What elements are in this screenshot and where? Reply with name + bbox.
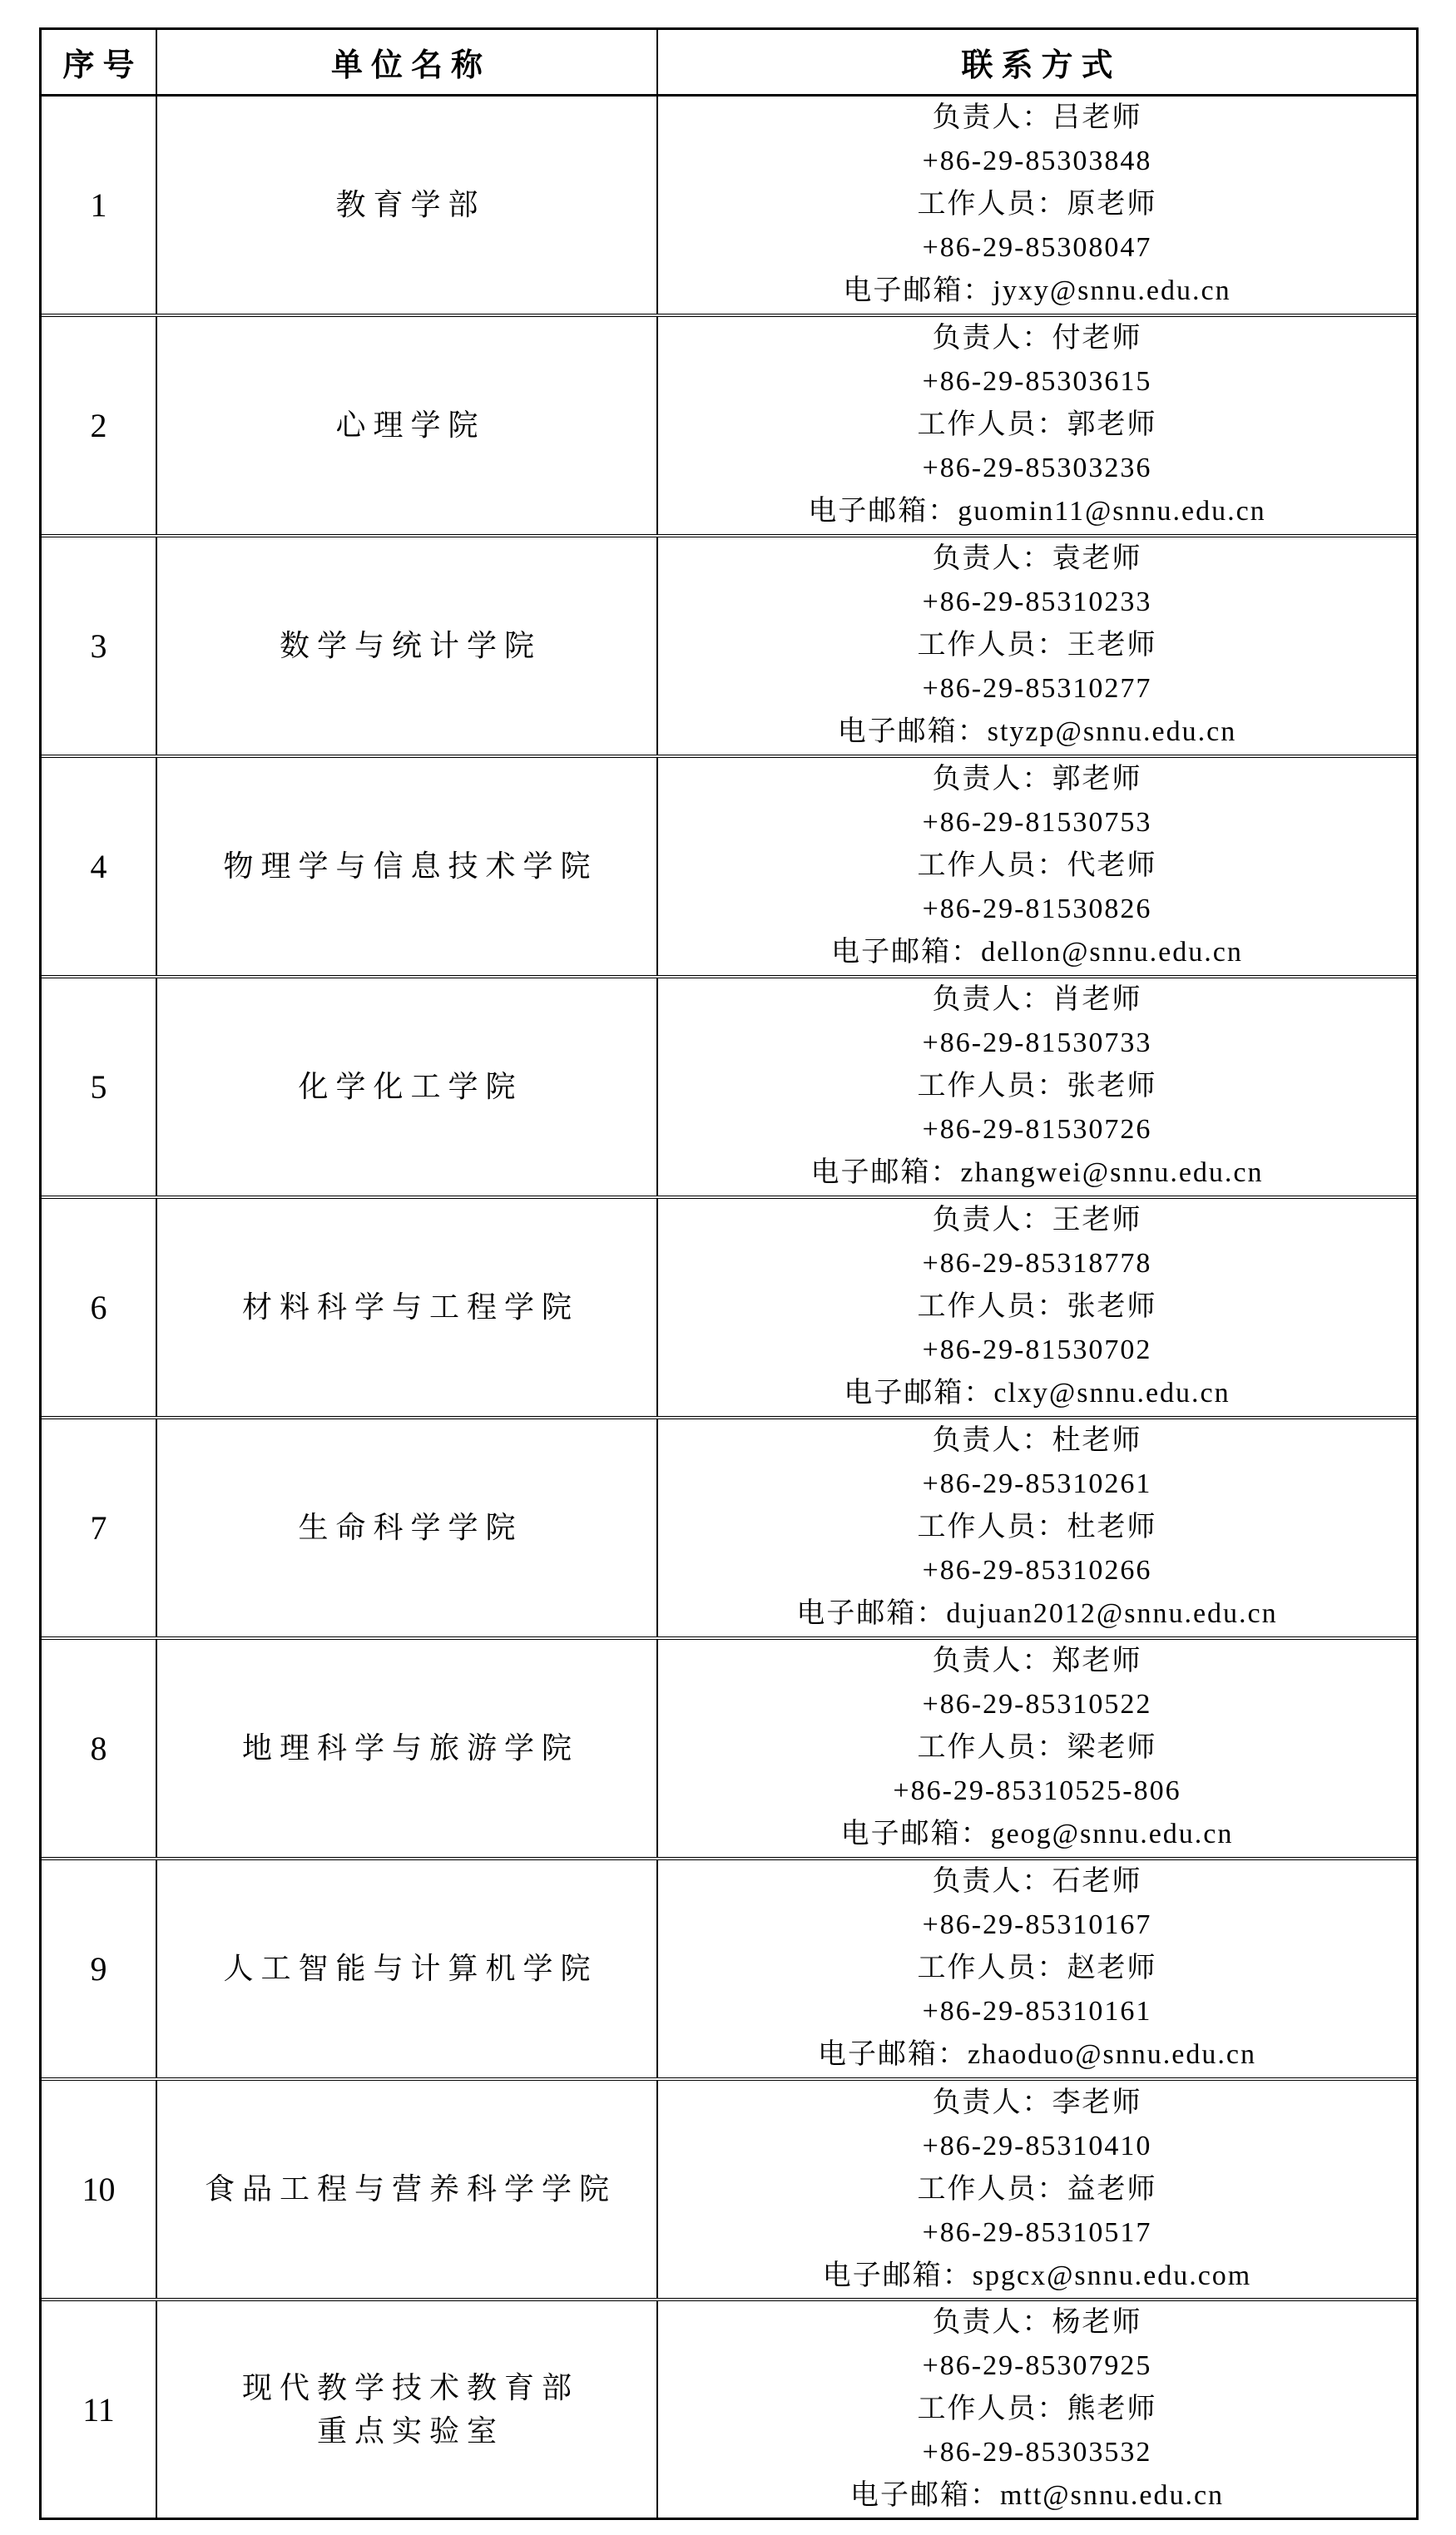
- contact-cell: 负责人：杨老师 +86-29-85307925 工作人员：熊老师 +86-29-…: [658, 2301, 1416, 2518]
- unit-name-cell: 生命科学学院: [157, 1419, 658, 1636]
- header-index-cell: 序号: [42, 30, 157, 94]
- contact-staff-line: 工作人员：益老师: [918, 2168, 1157, 2211]
- table-row: 7 生命科学学院 负责人：杜老师 +86-29-85310261 工作人员：杜老…: [42, 1419, 1416, 1640]
- contact-staff-phone: +86-29-85308047: [923, 226, 1152, 270]
- contact-leader-line: 负责人：肖老师: [933, 978, 1142, 1022]
- row-index-cell: 10: [42, 2081, 157, 2298]
- contact-staff-line: 工作人员：代老师: [918, 844, 1157, 888]
- unit-name: 心理学院: [328, 404, 485, 447]
- row-index-cell: 8: [42, 1640, 157, 1857]
- contact-email-line: 电子邮箱：mtt@snnu.edu.cn: [850, 2474, 1224, 2518]
- contact-staff-phone: +86-29-81530726: [923, 1108, 1152, 1151]
- contact-staff-line: 工作人员：张老师: [918, 1065, 1157, 1108]
- contact-staff-phone: +86-29-85310161: [923, 1990, 1152, 2033]
- table-row: 10 食品工程与营养科学学院 负责人：李老师 +86-29-85310410 工…: [42, 2081, 1416, 2301]
- contact-email-line: 电子邮箱：clxy@snnu.edu.cn: [844, 1372, 1230, 1415]
- row-index: 2: [91, 406, 107, 445]
- row-index-cell: 4: [42, 758, 157, 975]
- row-index: 7: [91, 1508, 107, 1547]
- header-unit-label: 单位名称: [323, 39, 491, 85]
- contact-leader-phone: +86-29-81530753: [923, 801, 1152, 844]
- table-row: 3 数学与统计学院 负责人：袁老师 +86-29-85310233 工作人员：王…: [42, 537, 1416, 758]
- contact-email-line: 电子邮箱：jyxy@snnu.edu.cn: [843, 270, 1231, 313]
- unit-name-cell: 食品工程与营养科学学院: [157, 2081, 658, 2298]
- table-row: 11 现代教学技术教育部 重点实验室 负责人：杨老师 +86-29-853079…: [42, 2301, 1416, 2518]
- table-row: 1 教育学部 负责人：吕老师 +86-29-85303848 工作人员：原老师 …: [42, 97, 1416, 317]
- contact-staff-line: 工作人员：杜老师: [918, 1506, 1157, 1549]
- contact-leader-phone: +86-29-85318778: [923, 1242, 1152, 1285]
- contact-staff-phone: +86-29-85310277: [923, 667, 1152, 710]
- contact-email-line: 电子邮箱：dujuan2012@snnu.edu.cn: [796, 1592, 1277, 1636]
- row-index-cell: 5: [42, 978, 157, 1196]
- unit-name-cell: 现代教学技术教育部 重点实验室: [157, 2301, 658, 2518]
- contact-leader-phone: +86-29-85303848: [923, 140, 1152, 183]
- unit-name: 材料科学与工程学院: [235, 1285, 579, 1329]
- unit-name-cell: 教育学部: [157, 97, 658, 314]
- row-index: 1: [91, 186, 107, 225]
- contact-staff-phone: +86-29-85310525-806: [893, 1770, 1181, 1813]
- contact-leader-phone: +86-29-85310410: [923, 2125, 1152, 2168]
- contact-staff-line: 工作人员：郭老师: [918, 404, 1157, 447]
- header-index-label: 序号: [54, 39, 142, 85]
- table-row: 2 心理学院 负责人：付老师 +86-29-85303615 工作人员：郭老师 …: [42, 317, 1416, 537]
- unit-name-cell: 地理科学与旅游学院: [157, 1640, 658, 1857]
- table-row: 9 人工智能与计算机学院 负责人：石老师 +86-29-85310167 工作人…: [42, 1860, 1416, 2081]
- contact-staff-phone: +86-29-81530702: [923, 1329, 1152, 1372]
- unit-name: 人工智能与计算机学院: [215, 1947, 597, 1990]
- table-header-row: 序号 单位名称 联系方式: [42, 30, 1416, 97]
- contact-leader-line: 负责人：杜老师: [933, 1419, 1142, 1463]
- contact-staff-phone: +86-29-85303236: [923, 447, 1152, 490]
- contact-email-line: 电子邮箱：guomin11@snnu.edu.cn: [808, 490, 1265, 533]
- row-index: 11: [82, 2390, 115, 2429]
- unit-name-cell: 化学化工学院: [157, 978, 658, 1196]
- contact-leader-line: 负责人：郭老师: [933, 758, 1142, 801]
- contact-staff-line: 工作人员：张老师: [918, 1285, 1157, 1329]
- unit-name: 生命科学学院: [290, 1506, 522, 1549]
- contact-leader-line: 负责人：石老师: [933, 1860, 1142, 1904]
- row-index-cell: 9: [42, 1860, 157, 2077]
- contact-staff-line: 工作人员：赵老师: [918, 1947, 1157, 1990]
- unit-name-line2: 重点实验室: [310, 2409, 504, 2453]
- contact-cell: 负责人：付老师 +86-29-85303615 工作人员：郭老师 +86-29-…: [658, 317, 1416, 534]
- unit-name: 物理学与信息技术学院: [215, 844, 597, 888]
- contact-staff-line: 工作人员：熊老师: [918, 2388, 1157, 2431]
- row-index-cell: 2: [42, 317, 157, 534]
- contact-leader-phone: +86-29-85310167: [923, 1904, 1152, 1947]
- contact-leader-phone: +86-29-85310261: [923, 1463, 1152, 1506]
- contact-leader-line: 负责人：杨老师: [933, 2301, 1142, 2344]
- unit-name: 数学与统计学院: [272, 624, 542, 667]
- row-index: 3: [91, 626, 107, 666]
- table-row: 8 地理科学与旅游学院 负责人：郑老师 +86-29-85310522 工作人员…: [42, 1640, 1416, 1860]
- contact-cell: 负责人：李老师 +86-29-85310410 工作人员：益老师 +86-29-…: [658, 2081, 1416, 2298]
- contact-email-line: 电子邮箱：geog@snnu.edu.cn: [841, 1813, 1234, 1856]
- row-index: 10: [82, 2170, 116, 2209]
- contact-leader-line: 负责人：袁老师: [933, 537, 1142, 581]
- contact-cell: 负责人：袁老师 +86-29-85310233 工作人员：王老师 +86-29-…: [658, 537, 1416, 755]
- row-index-cell: 6: [42, 1199, 157, 1416]
- contact-leader-line: 负责人：付老师: [933, 317, 1142, 360]
- row-index: 8: [91, 1729, 107, 1768]
- table-row: 4 物理学与信息技术学院 负责人：郭老师 +86-29-81530753 工作人…: [42, 758, 1416, 978]
- header-contact-label: 联系方式: [953, 39, 1121, 85]
- unit-name: 地理科学与旅游学院: [235, 1726, 579, 1770]
- contact-email-line: 电子邮箱：dellon@snnu.edu.cn: [831, 931, 1243, 974]
- row-index: 9: [91, 1949, 107, 1988]
- contact-leader-line: 负责人：王老师: [933, 1199, 1142, 1242]
- contact-leader-line: 负责人：郑老师: [933, 1640, 1142, 1683]
- row-index-cell: 1: [42, 97, 157, 314]
- contact-email-line: 电子邮箱：zhangwei@snnu.edu.cn: [811, 1151, 1264, 1195]
- row-index-cell: 11: [42, 2301, 157, 2518]
- contact-staff-line: 工作人员：原老师: [918, 183, 1157, 226]
- contacts-table: 序号 单位名称 联系方式 1 教育学部 负责人：吕老师 +86-29-85303…: [39, 27, 1419, 2520]
- contact-cell: 负责人：郑老师 +86-29-85310522 工作人员：梁老师 +86-29-…: [658, 1640, 1416, 1857]
- unit-name: 化学化工学院: [290, 1065, 522, 1108]
- contact-cell: 负责人：吕老师 +86-29-85303848 工作人员：原老师 +86-29-…: [658, 97, 1416, 314]
- unit-name-cell: 材料科学与工程学院: [157, 1199, 658, 1416]
- unit-name-cell: 人工智能与计算机学院: [157, 1860, 658, 2077]
- header-contact-cell: 联系方式: [658, 30, 1416, 94]
- unit-name: 教育学部: [328, 183, 485, 226]
- contact-email-line: 电子邮箱：zhaoduo@snnu.edu.cn: [818, 2033, 1256, 2077]
- contact-leader-line: 负责人：李老师: [933, 2082, 1142, 2125]
- contact-staff-phone: +86-29-85303532: [923, 2431, 1152, 2474]
- contact-staff-line: 工作人员：梁老师: [918, 1726, 1157, 1770]
- contact-cell: 负责人：石老师 +86-29-85310167 工作人员：赵老师 +86-29-…: [658, 1860, 1416, 2077]
- table-row: 6 材料科学与工程学院 负责人：王老师 +86-29-85318778 工作人员…: [42, 1199, 1416, 1419]
- row-index: 6: [91, 1288, 107, 1327]
- row-index: 4: [91, 847, 107, 886]
- contact-email-line: 电子邮箱：spgcx@snnu.edu.com: [823, 2255, 1252, 2298]
- unit-name-cell: 物理学与信息技术学院: [157, 758, 658, 975]
- contact-leader-phone: +86-29-85310522: [923, 1683, 1152, 1726]
- contact-email-line: 电子邮箱：styzp@snnu.edu.cn: [838, 710, 1237, 754]
- contact-staff-phone: +86-29-85310266: [923, 1549, 1152, 1592]
- contact-staff-line: 工作人员：王老师: [918, 624, 1157, 667]
- contact-leader-phone: +86-29-81530733: [923, 1022, 1152, 1065]
- contact-cell: 负责人：杜老师 +86-29-85310261 工作人员：杜老师 +86-29-…: [658, 1419, 1416, 1636]
- unit-name: 食品工程与营养科学学院: [197, 2167, 617, 2211]
- contact-leader-phone: +86-29-85303615: [923, 360, 1152, 404]
- contact-staff-phone: +86-29-81530826: [923, 888, 1152, 931]
- contact-cell: 负责人：郭老师 +86-29-81530753 工作人员：代老师 +86-29-…: [658, 758, 1416, 975]
- unit-name-cell: 心理学院: [157, 317, 658, 534]
- contact-cell: 负责人：王老师 +86-29-85318778 工作人员：张老师 +86-29-…: [658, 1199, 1416, 1416]
- header-unit-cell: 单位名称: [157, 30, 658, 94]
- unit-name: 现代教学技术教育部: [235, 2366, 579, 2409]
- contact-cell: 负责人：肖老师 +86-29-81530733 工作人员：张老师 +86-29-…: [658, 978, 1416, 1196]
- row-index: 5: [91, 1067, 107, 1107]
- contact-leader-phone: +86-29-85307925: [923, 2344, 1152, 2388]
- unit-name-cell: 数学与统计学院: [157, 537, 658, 755]
- contact-leader-line: 负责人：吕老师: [933, 97, 1142, 140]
- table-row: 5 化学化工学院 负责人：肖老师 +86-29-81530733 工作人员：张老…: [42, 978, 1416, 1199]
- contact-staff-phone: +86-29-85310517: [923, 2211, 1152, 2255]
- contact-leader-phone: +86-29-85310233: [923, 581, 1152, 624]
- row-index-cell: 7: [42, 1419, 157, 1636]
- row-index-cell: 3: [42, 537, 157, 755]
